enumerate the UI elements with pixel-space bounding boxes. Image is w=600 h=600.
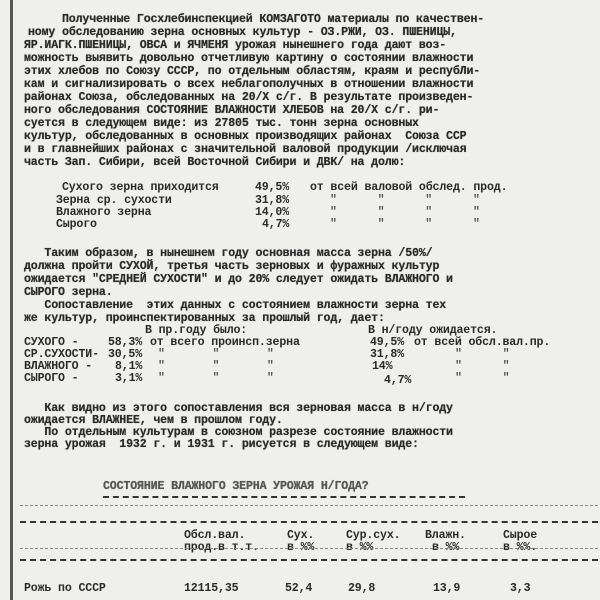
- table-rule-header-bottom: [20, 559, 598, 561]
- table-rule-top: [20, 521, 598, 523]
- text-line: ЯР.ИАГК.ПШЕНИЦЫ, ОВСА и ЯЧМЕНЯ урожая ны…: [24, 40, 446, 53]
- distribution-value: 4,7%: [262, 219, 289, 232]
- text-line: ного обследования СОСТОЯНИЕ ВЛАЖНОСТИ ХЛ…: [24, 105, 439, 118]
- text-line: культур, обследованных в основных произв…: [24, 131, 466, 144]
- row-label: Рожь по СССР: [24, 583, 106, 596]
- text-line: суется в следующем виде: из 27805 тыс. т…: [24, 118, 419, 131]
- comparison-curr-value: 4,7%: [384, 375, 411, 388]
- row-cell: 12115,35: [184, 583, 238, 596]
- distribution-suffix: от всей валовой обслед. прод.: [310, 182, 507, 195]
- page-margin-rule: [10, 0, 13, 600]
- table-title: СОСТОЯНИЕ ВЛАЖНОГО ЗЕРНА УРОЖАЯ Н/ГОДА?: [103, 481, 369, 494]
- table-rule-mid-faint: [20, 548, 598, 549]
- row-cell: 29,8: [348, 583, 375, 596]
- comparison-prev-note: " " ": [158, 373, 274, 386]
- distribution-label: Сырого: [56, 219, 97, 232]
- text-line: Полученные Госхлебинспекцией КОМЗАГОТО м…: [62, 14, 484, 27]
- row-cell: 52,4: [285, 583, 312, 596]
- row-cell: 13,9: [433, 583, 460, 596]
- text-line: кам и сигнализировать о всех неблагополу…: [24, 79, 473, 92]
- text-line: ожидается "СРЕДНЕЙ СУХОСТИ" и до 20% сле…: [24, 274, 453, 287]
- text-line: и в главнейших районах с значительной ва…: [24, 144, 466, 157]
- text-line: районах Союза, обследованных на 20/X с/г…: [24, 92, 473, 105]
- title-underline: [103, 496, 465, 498]
- text-line: этих хлебов по Союзу СССР, по отдельным …: [24, 66, 480, 79]
- table-rule-faint: [20, 505, 598, 506]
- text-line: Сопоставление этих данных с состоянием в…: [24, 300, 446, 313]
- text-line: часть Зап. Сибири, всей Восточной Сибири…: [24, 157, 405, 170]
- comparison-curr-note: " ": [455, 373, 509, 386]
- distribution-label: Сухого зерна приходится: [62, 182, 219, 195]
- comparison-prev-value: 3,1%: [115, 373, 142, 386]
- row-cell: 3,3: [510, 583, 530, 596]
- comparison-label: СЫРОГО -: [24, 373, 78, 386]
- text-line: СЫРОГО зерна.: [24, 287, 113, 300]
- distribution-suffix: " " " ": [330, 219, 480, 232]
- text-line: зерна урожая 1932 г. и 1931 г. рисуется …: [24, 439, 419, 452]
- document-page: Полученные Госхлебинспекцией КОМЗАГОТО м…: [0, 0, 600, 600]
- text-line: ному обследованию зерна основных культур…: [28, 27, 457, 40]
- text-line: Таким образом, в нынешнем году основная …: [24, 248, 432, 261]
- text-line: должна пройти СУХОЙ, третья часть зернов…: [24, 261, 439, 274]
- text-line: можность выявить довольно отчетливую кар…: [24, 53, 473, 66]
- distribution-value: 49,5%: [255, 182, 289, 195]
- comparison-curr-value: 14%: [372, 361, 392, 374]
